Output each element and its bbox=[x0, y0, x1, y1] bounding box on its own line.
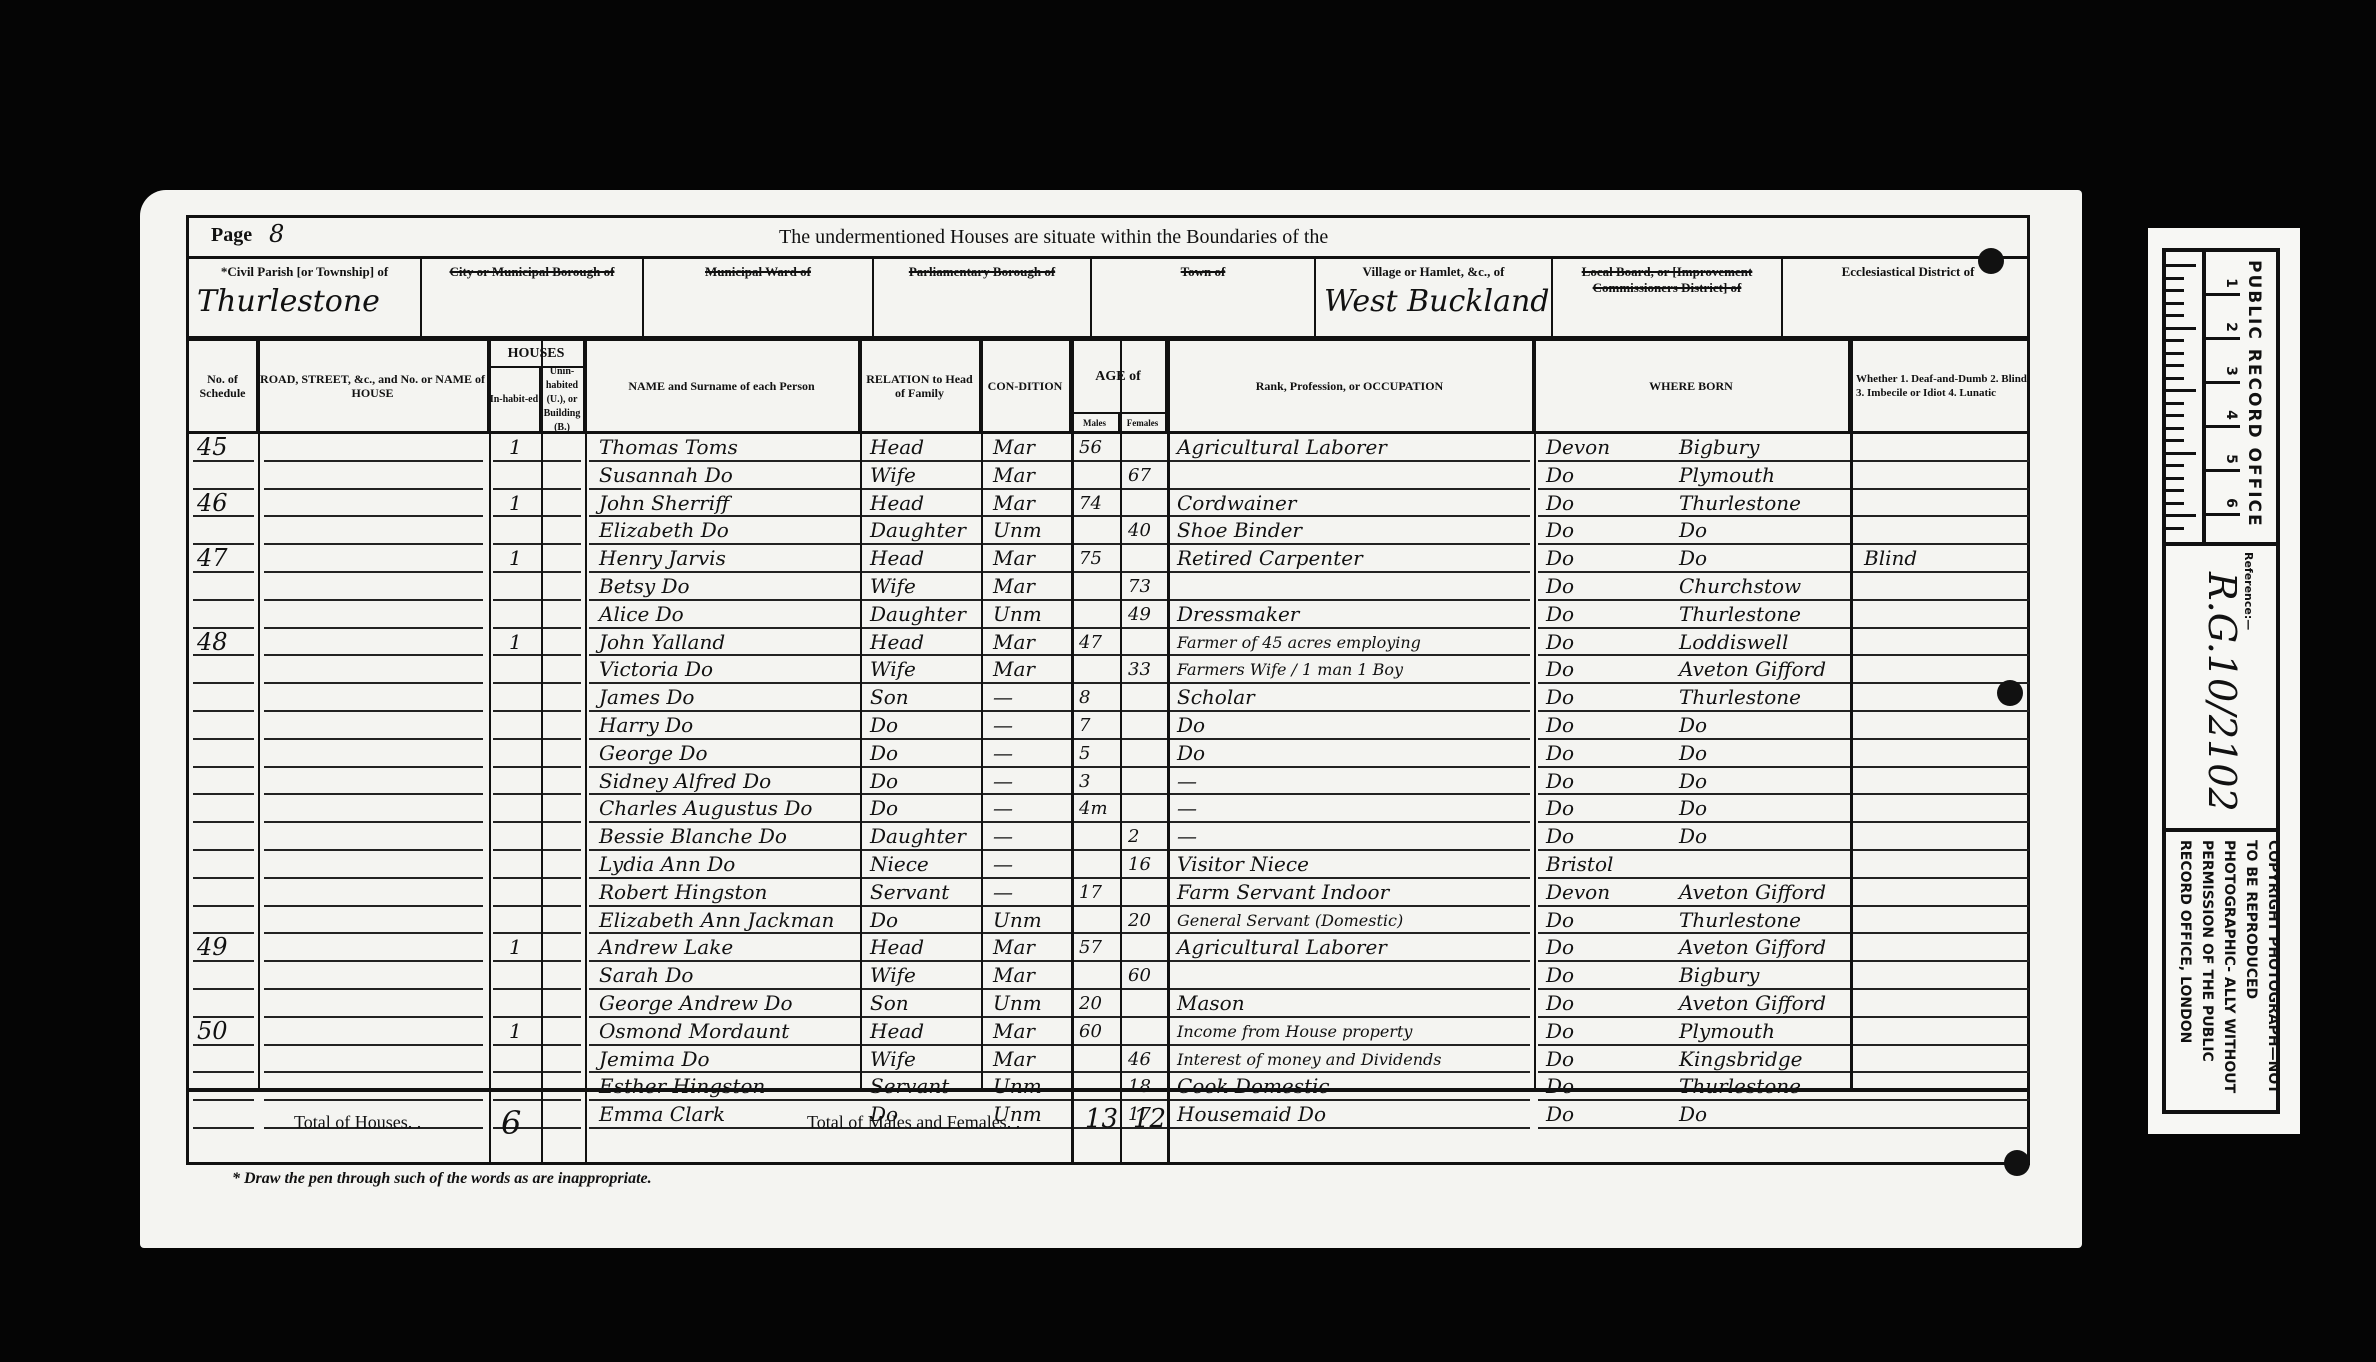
column-rule bbox=[981, 341, 983, 1090]
birth-county: Do bbox=[1546, 934, 1574, 961]
column-header-schedule: No. of Schedule bbox=[189, 341, 258, 431]
ruler-tick bbox=[2166, 314, 2184, 317]
table-row: Jemima DoWifeMar46Interest of money and … bbox=[189, 1046, 2027, 1074]
table-row: 451Thomas TomsHeadMar56Agricultural Labo… bbox=[189, 434, 2027, 462]
schedule-number: 48 bbox=[197, 629, 228, 656]
copyright-text: COPYRIGHT PHOTOGRAPH—NOT TO BE REPRODUCE… bbox=[2174, 840, 2284, 1114]
birth-county: Do bbox=[1546, 601, 1574, 628]
male-age: 47 bbox=[1079, 629, 1102, 656]
marital-condition: Mar bbox=[993, 434, 1035, 461]
boundaries-row: *Civil Parish [or Township] ofThurleston… bbox=[189, 256, 2027, 341]
column-rule bbox=[1534, 341, 1536, 1090]
column-header-inhabited: In-habit-ed bbox=[489, 368, 541, 431]
page-header-row: Page 8 The undermentioned Houses are sit… bbox=[189, 218, 2027, 259]
person-name: Bessie Blanche Do bbox=[599, 823, 787, 850]
relation-to-head: Head bbox=[870, 434, 924, 461]
public-record-office-title: PUBLIC RECORD OFFICE bbox=[2244, 260, 2264, 528]
relation-to-head: Son bbox=[870, 990, 909, 1017]
birth-place: Thurlestone bbox=[1679, 684, 1801, 711]
boundary-label: *Civil Parish [or Township] of bbox=[189, 264, 420, 280]
relation-to-head: Daughter bbox=[870, 517, 966, 544]
relation-to-head: Servant bbox=[870, 879, 949, 906]
column-group-age: AGE of bbox=[1071, 341, 1167, 414]
person-name: Lydia Ann Do bbox=[599, 851, 735, 878]
ruler-tick bbox=[2166, 389, 2196, 392]
table-row: Betsy DoWifeMar73DoChurchstow bbox=[189, 573, 2027, 601]
occupation: Shoe Binder bbox=[1177, 517, 1302, 544]
birth-place: Aveton Gifford bbox=[1679, 934, 1826, 961]
birth-place: Thurlestone bbox=[1679, 601, 1801, 628]
table-row: Harry DoDo—7DoDoDo bbox=[189, 712, 2027, 740]
boundary-field: Village or Hamlet, &c., ofWest Buckland bbox=[1316, 256, 1553, 336]
boundary-label: Parliamentary Borough of bbox=[874, 264, 1090, 280]
male-age: 57 bbox=[1079, 934, 1102, 961]
female-age: 49 bbox=[1128, 601, 1151, 628]
birth-place: Aveton Gifford bbox=[1679, 990, 1826, 1017]
person-name: Elizabeth Do bbox=[599, 517, 729, 544]
ruler-tick bbox=[2166, 339, 2184, 342]
boundary-field: City or Municipal Borough of bbox=[422, 256, 644, 336]
table-row: Charles Augustus DoDo—4m—DoDo bbox=[189, 795, 2027, 823]
marital-condition: Mar bbox=[993, 462, 1035, 489]
boundary-value: West Buckland bbox=[1316, 284, 1551, 319]
birth-place: Do bbox=[1679, 545, 1707, 572]
ruler-tick bbox=[2166, 289, 2184, 292]
marital-condition: Mar bbox=[993, 545, 1035, 572]
person-name: Victoria Do bbox=[599, 656, 713, 683]
marital-condition: — bbox=[993, 879, 1013, 906]
column-header-uninhabited: Unin-habited (U.), or Building (B.) bbox=[541, 368, 585, 431]
person-name: Charles Augustus Do bbox=[599, 795, 812, 822]
ruler-tick bbox=[2166, 414, 2184, 417]
relation-to-head: Do bbox=[870, 712, 898, 739]
marital-condition: — bbox=[993, 795, 1013, 822]
marital-condition: — bbox=[993, 823, 1013, 850]
column-rule bbox=[541, 341, 543, 1090]
male-age: 7 bbox=[1079, 712, 1090, 739]
marital-condition: Mar bbox=[993, 629, 1035, 656]
person-name: Susannah Do bbox=[599, 462, 733, 489]
boundary-field: Municipal Ward of bbox=[644, 256, 874, 336]
relation-to-head: Daughter bbox=[870, 601, 966, 628]
relation-to-head: Wife bbox=[870, 573, 916, 600]
ruler-tick bbox=[2166, 364, 2184, 367]
ruler-number: 4 bbox=[2223, 410, 2239, 420]
column-rule bbox=[860, 341, 862, 1090]
birth-county: Do bbox=[1546, 712, 1574, 739]
binding-hole bbox=[2004, 1150, 2030, 1176]
ruler-number: 2 bbox=[2223, 322, 2239, 332]
birth-county: Do bbox=[1546, 545, 1574, 572]
table-row: Elizabeth Ann JackmanDoUnm20General Serv… bbox=[189, 907, 2027, 935]
inhabited-count: 1 bbox=[509, 545, 522, 572]
male-age: 17 bbox=[1079, 879, 1102, 906]
birth-place: Aveton Gifford bbox=[1679, 879, 1826, 906]
boundary-label: Town of bbox=[1092, 264, 1314, 280]
schedule-number: 49 bbox=[197, 934, 228, 961]
female-age: 33 bbox=[1128, 656, 1151, 683]
column-rule bbox=[258, 341, 260, 1090]
occupation: Retired Carpenter bbox=[1177, 545, 1363, 572]
ruler-tick bbox=[2166, 327, 2196, 330]
ruler-tick bbox=[2166, 477, 2184, 480]
table-row: Robert HingstonServant—17Farm Servant In… bbox=[189, 879, 2027, 907]
copyright-notice: COPYRIGHT PHOTOGRAPH—NOT TO BE REPRODUCE… bbox=[2166, 828, 2276, 1114]
person-name: Thomas Toms bbox=[599, 434, 738, 461]
column-header-females: Females bbox=[1120, 414, 1167, 431]
person-name: George Do bbox=[599, 740, 708, 767]
person-name: Osmond Mordaunt bbox=[599, 1018, 789, 1045]
boundary-value: Thurlestone bbox=[189, 284, 420, 319]
birth-county: Do bbox=[1546, 490, 1574, 517]
table-row: 481John YallandHeadMar47Farmer of 45 acr… bbox=[189, 629, 2027, 657]
binding-hole bbox=[1997, 680, 2023, 706]
table-row: 461John SherriffHeadMar74CordwainerDoThu… bbox=[189, 490, 2027, 518]
female-age: 40 bbox=[1128, 517, 1151, 544]
ruler-tick bbox=[2166, 502, 2184, 505]
occupation: Do bbox=[1177, 712, 1205, 739]
marital-condition: — bbox=[993, 851, 1013, 878]
column-header-road: ROAD, STREET, &c., and No. or NAME of HO… bbox=[258, 341, 489, 431]
relation-to-head: Wife bbox=[870, 1046, 916, 1073]
birth-county: Do bbox=[1546, 990, 1574, 1017]
person-name: Andrew Lake bbox=[599, 934, 733, 961]
ruler-tick bbox=[2166, 527, 2184, 530]
female-age: 60 bbox=[1128, 962, 1151, 989]
female-age: 2 bbox=[1128, 823, 1139, 850]
page-label: Page bbox=[211, 224, 252, 247]
occupation: Interest of money and Dividends bbox=[1177, 1046, 1441, 1073]
birth-county: Do bbox=[1546, 907, 1574, 934]
male-age: 4m bbox=[1079, 795, 1108, 822]
person-name: Henry Jarvis bbox=[599, 545, 726, 572]
boundary-label: Local Board, or [Improvement Commissione… bbox=[1553, 264, 1781, 296]
male-age: 8 bbox=[1079, 684, 1090, 711]
birth-county: Do bbox=[1546, 573, 1574, 600]
column-rule bbox=[1120, 341, 1122, 1090]
birth-place: Churchstow bbox=[1679, 573, 1801, 600]
occupation: Farmers Wife / 1 man 1 Boy bbox=[1177, 656, 1403, 683]
table-row: Bessie Blanche DoDaughter—2—DoDo bbox=[189, 823, 2027, 851]
measurement-ruler: 123456 PUBLIC RECORD OFFICE bbox=[2166, 252, 2276, 546]
birth-place: Plymouth bbox=[1679, 462, 1775, 489]
male-age: 74 bbox=[1079, 490, 1102, 517]
birth-place: Loddiswell bbox=[1679, 629, 1788, 656]
birth-county: Do bbox=[1546, 740, 1574, 767]
record-office-label-card: 123456 PUBLIC RECORD OFFICE Reference:— … bbox=[2148, 228, 2300, 1134]
birth-place: Do bbox=[1679, 517, 1707, 544]
person-name: Harry Do bbox=[599, 712, 693, 739]
column-header-infirmity: Whether 1. Deaf-and-Dumb 2. Blind 3. Imb… bbox=[1850, 341, 2033, 431]
marital-condition: Mar bbox=[993, 1046, 1035, 1073]
column-rule bbox=[585, 341, 587, 1090]
birth-place: Do bbox=[1679, 740, 1707, 767]
birth-place: Do bbox=[1679, 712, 1707, 739]
person-name: John Sherriff bbox=[599, 490, 729, 517]
male-age: 75 bbox=[1079, 545, 1102, 572]
inhabited-count: 1 bbox=[509, 934, 522, 961]
inhabited-count: 1 bbox=[509, 490, 522, 517]
infirmity: Blind bbox=[1864, 545, 1917, 572]
schedule-number: 50 bbox=[197, 1018, 228, 1045]
schedule-number: 47 bbox=[197, 545, 228, 572]
column-header-condition: CON-DITION bbox=[981, 341, 1071, 431]
ruler-tick bbox=[2166, 452, 2196, 455]
total-males-value: 13 bbox=[1085, 1104, 1118, 1134]
column-rule bbox=[1167, 341, 1170, 1090]
occupation: Agricultural Laborer bbox=[1177, 934, 1387, 961]
ruler-tick bbox=[2166, 514, 2196, 517]
binding-hole bbox=[1978, 248, 2004, 274]
occupation: Visitor Niece bbox=[1177, 851, 1309, 878]
ruler-number: 3 bbox=[2223, 366, 2239, 376]
inhabited-count: 1 bbox=[509, 629, 522, 656]
person-name: John Yalland bbox=[599, 629, 725, 656]
female-age: 67 bbox=[1128, 462, 1151, 489]
relation-to-head: Do bbox=[870, 768, 898, 795]
relation-to-head: Son bbox=[870, 684, 909, 711]
person-name: Sarah Do bbox=[599, 962, 693, 989]
marital-condition: Unm bbox=[993, 990, 1042, 1017]
column-header-males: Males bbox=[1071, 414, 1120, 431]
ruler-tick bbox=[2166, 402, 2184, 405]
relation-to-head: Do bbox=[870, 740, 898, 767]
male-age: 3 bbox=[1079, 768, 1090, 795]
marital-condition: Mar bbox=[993, 490, 1035, 517]
column-header-occupation: Rank, Profession, or OCCUPATION bbox=[1167, 341, 1534, 431]
column-header-where-born: WHERE BORN bbox=[1534, 341, 1850, 431]
birth-place: Bigbury bbox=[1679, 434, 1759, 461]
ruler-tick bbox=[2166, 427, 2184, 430]
birth-county: Do bbox=[1546, 1046, 1574, 1073]
page-caption: The undermentioned Houses are situate wi… bbox=[779, 226, 1328, 249]
marital-condition: Unm bbox=[993, 601, 1042, 628]
occupation: Do bbox=[1177, 740, 1205, 767]
marital-condition: — bbox=[993, 768, 1013, 795]
female-age: 16 bbox=[1128, 851, 1151, 878]
table-row: Sidney Alfred DoDo—3—DoDo bbox=[189, 768, 2027, 796]
ruler-number: 1 bbox=[2223, 278, 2239, 288]
person-name: Betsy Do bbox=[599, 573, 690, 600]
person-name: Jemima Do bbox=[599, 1046, 710, 1073]
totals-row: Total of Houses. . 6 Total of Males and … bbox=[189, 1088, 2027, 1162]
footnote: * Draw the pen through such of the words… bbox=[232, 1170, 652, 1188]
male-age: 60 bbox=[1079, 1018, 1102, 1045]
birth-county: Do bbox=[1546, 517, 1574, 544]
birth-place: Bigbury bbox=[1679, 962, 1759, 989]
person-name: Robert Hingston bbox=[599, 879, 767, 906]
relation-to-head: Niece bbox=[870, 851, 929, 878]
occupation: Farm Servant Indoor bbox=[1177, 879, 1389, 906]
table-row: Elizabeth DoDaughterUnm40Shoe BinderDoDo bbox=[189, 517, 2027, 545]
relation-to-head: Head bbox=[870, 490, 924, 517]
total-persons-label: Total of Males and Females. . bbox=[807, 1112, 1020, 1133]
column-rule bbox=[1850, 341, 1853, 1090]
inhabited-count: 1 bbox=[509, 1018, 522, 1045]
person-name: Elizabeth Ann Jackman bbox=[599, 907, 834, 934]
table-row: Sarah DoWifeMar60DoBigbury bbox=[189, 962, 2027, 990]
occupation: — bbox=[1177, 795, 1197, 822]
birth-place: Aveton Gifford bbox=[1679, 656, 1826, 683]
page-number: 8 bbox=[269, 220, 284, 248]
birth-county: Do bbox=[1546, 768, 1574, 795]
ruler-tick bbox=[2166, 352, 2184, 355]
table-row: James DoSon—8ScholarDoThurlestone bbox=[189, 684, 2027, 712]
table-row: 491Andrew LakeHeadMar57Agricultural Labo… bbox=[189, 934, 2027, 962]
column-rule bbox=[1071, 341, 1074, 1090]
birth-place: Do bbox=[1679, 795, 1707, 822]
birth-county: Do bbox=[1546, 962, 1574, 989]
relation-to-head: Do bbox=[870, 795, 898, 822]
female-age: 46 bbox=[1128, 1046, 1151, 1073]
schedule-number: 45 bbox=[197, 434, 228, 461]
boundary-label: Municipal Ward of bbox=[644, 264, 872, 280]
ruler-tick bbox=[2166, 264, 2196, 267]
marital-condition: Mar bbox=[993, 934, 1035, 961]
reference-value: R.G.10/2102 bbox=[2200, 572, 2244, 812]
birth-place: Thurlestone bbox=[1679, 907, 1801, 934]
birth-place: Kingsbridge bbox=[1679, 1046, 1803, 1073]
total-houses-label: Total of Houses. . bbox=[294, 1112, 421, 1133]
birth-county: Do bbox=[1546, 795, 1574, 822]
occupation: Agricultural Laborer bbox=[1177, 434, 1387, 461]
female-age: 20 bbox=[1128, 907, 1151, 934]
boundary-label: City or Municipal Borough of bbox=[422, 264, 642, 280]
boundary-field: Local Board, or [Improvement Commissione… bbox=[1553, 256, 1783, 336]
ruler-tick bbox=[2166, 464, 2184, 467]
ruler-tick bbox=[2166, 439, 2184, 442]
table-row: George DoDo—5DoDoDo bbox=[189, 740, 2027, 768]
birth-county: Do bbox=[1546, 462, 1574, 489]
ruler-tick bbox=[2166, 302, 2184, 305]
occupation: Income from House property bbox=[1177, 1018, 1412, 1045]
boundary-field: Parliamentary Borough of bbox=[874, 256, 1092, 336]
relation-to-head: Head bbox=[870, 545, 924, 572]
table-row: 501Osmond MordauntHeadMar60Income from H… bbox=[189, 1018, 2027, 1046]
boundary-field: *Civil Parish [or Township] ofThurleston… bbox=[189, 256, 422, 336]
marital-condition: — bbox=[993, 684, 1013, 711]
birth-county: Do bbox=[1546, 629, 1574, 656]
occupation: Scholar bbox=[1177, 684, 1255, 711]
relation-to-head: Head bbox=[870, 1018, 924, 1045]
birth-county: Do bbox=[1546, 684, 1574, 711]
occupation: General Servant (Domestic) bbox=[1177, 907, 1403, 934]
census-enumeration-sheet: Page 8 The undermentioned Houses are sit… bbox=[186, 215, 2030, 1165]
birth-place: Plymouth bbox=[1679, 1018, 1775, 1045]
occupation: — bbox=[1177, 823, 1197, 850]
person-name: Alice Do bbox=[599, 601, 684, 628]
relation-to-head: Do bbox=[870, 907, 898, 934]
marital-condition: Mar bbox=[993, 656, 1035, 683]
marital-condition: Unm bbox=[993, 517, 1042, 544]
marital-condition: Mar bbox=[993, 573, 1035, 600]
relation-to-head: Head bbox=[870, 629, 924, 656]
relation-to-head: Head bbox=[870, 934, 924, 961]
inhabited-count: 1 bbox=[509, 434, 522, 461]
person-name: Sidney Alfred Do bbox=[599, 768, 771, 795]
male-age: 5 bbox=[1079, 740, 1090, 767]
marital-condition: — bbox=[993, 712, 1013, 739]
male-age: 20 bbox=[1079, 990, 1102, 1017]
table-row: Alice DoDaughterUnm49DressmakerDoThurles… bbox=[189, 601, 2027, 629]
occupation: Cordwainer bbox=[1177, 490, 1296, 517]
birth-county: Bristol bbox=[1546, 851, 1613, 878]
column-group-houses: HOUSES bbox=[489, 341, 585, 368]
occupation: — bbox=[1177, 768, 1197, 795]
ruler-tick bbox=[2166, 377, 2184, 380]
marital-condition: — bbox=[993, 740, 1013, 767]
occupation: Dressmaker bbox=[1177, 601, 1299, 628]
ruler-number: 5 bbox=[2223, 454, 2239, 464]
person-name: George Andrew Do bbox=[599, 990, 793, 1017]
boundary-label: Village or Hamlet, &c., of bbox=[1316, 264, 1551, 280]
marital-condition: Mar bbox=[993, 962, 1035, 989]
birth-place: Do bbox=[1679, 768, 1707, 795]
birth-county: Do bbox=[1546, 1018, 1574, 1045]
total-houses-value: 6 bbox=[501, 1104, 521, 1142]
ruler-tick bbox=[2166, 489, 2184, 492]
person-name: James Do bbox=[599, 684, 694, 711]
birth-county: Do bbox=[1546, 656, 1574, 683]
column-header-name: NAME and Surname of each Person bbox=[585, 341, 860, 431]
relation-to-head: Wife bbox=[870, 962, 916, 989]
relation-to-head: Wife bbox=[870, 462, 916, 489]
table-row: Victoria DoWifeMar33Farmers Wife / 1 man… bbox=[189, 656, 2027, 684]
male-age: 56 bbox=[1079, 434, 1102, 461]
female-age: 73 bbox=[1128, 573, 1151, 600]
relation-to-head: Daughter bbox=[870, 823, 966, 850]
marital-condition: Unm bbox=[993, 907, 1042, 934]
marital-condition: Mar bbox=[993, 1018, 1035, 1045]
occupation: Farmer of 45 acres employing bbox=[1177, 629, 1421, 656]
ruler-number: 6 bbox=[2223, 498, 2239, 508]
boundary-field: Town of bbox=[1092, 256, 1316, 336]
birth-county: Do bbox=[1546, 823, 1574, 850]
schedule-number: 46 bbox=[197, 490, 228, 517]
relation-to-head: Wife bbox=[870, 656, 916, 683]
birth-county: Devon bbox=[1546, 879, 1610, 906]
table-row: Susannah DoWifeMar67DoPlymouth bbox=[189, 462, 2027, 490]
table-row: 471Henry JarvisHeadMar75Retired Carpente… bbox=[189, 545, 2027, 573]
birth-place: Do bbox=[1679, 823, 1707, 850]
column-rule bbox=[489, 341, 491, 1090]
total-females-value: 12 bbox=[1133, 1104, 1166, 1134]
table-row: George Andrew DoSonUnm20MasonDoAveton Gi… bbox=[189, 990, 2027, 1018]
ruler-tick bbox=[2166, 277, 2184, 280]
table-row: Lydia Ann DoNiece—16Visitor NieceBristol bbox=[189, 851, 2027, 879]
column-header-relation: RELATION to Head of Family bbox=[860, 341, 981, 431]
occupation: Mason bbox=[1177, 990, 1245, 1017]
birth-county: Devon bbox=[1546, 434, 1610, 461]
birth-place: Thurlestone bbox=[1679, 490, 1801, 517]
